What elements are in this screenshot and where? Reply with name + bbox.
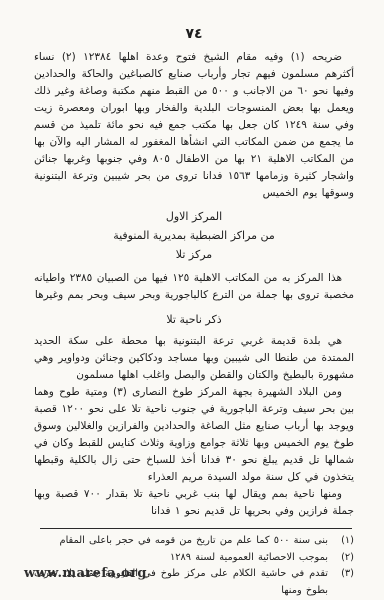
- paragraph-bamam-village: ومنها ناحية بمم ويقال لها بنب غربي ناحية…: [34, 486, 354, 520]
- paragraph-famous-villages: ومن البلاد الشهيرة بجهة المركز طوخ النصا…: [34, 384, 354, 486]
- subheading-nahiyat-tala: ذكر ناحية تلا: [34, 313, 354, 326]
- footnote-1-marker: (١): [328, 533, 354, 550]
- footnote-2-marker: (٢): [328, 550, 354, 567]
- paragraph-tala-description: هي بلدة قديمة غربي ترعة البتنونية بها مح…: [34, 333, 354, 384]
- footnote-2-text: بموجب الاحصائية العمومية لسنة ١٢٨٩: [34, 550, 328, 567]
- paragraph-town-description: ضريحه (١) وفيه مقام الشيخ فتوح وعدة اهله…: [34, 49, 354, 202]
- footnote-1: (١) بنى سنة ٥٠٠ كما علم من تاريخ من قومه…: [34, 533, 354, 550]
- paragraph-markaz-statistics: هذا المركز به من المكاتب الاهلية ١٢٥ فيه…: [34, 270, 354, 304]
- footnote-3-marker: (٣): [328, 566, 354, 583]
- page-number: ٧٤: [34, 26, 354, 42]
- watermark-url: www.marefa.org: [24, 566, 147, 581]
- heading-directorate: من مراكز الضبطية بمديرية المنوفية: [34, 226, 354, 245]
- footnote-2: (٢) بموجب الاحصائية العمومية لسنة ١٢٨٩: [34, 550, 354, 567]
- footnote-1-text: بنى سنة ٥٠٠ كما علم من تاريخ من قومه في …: [34, 533, 328, 550]
- scanned-book-page: ٧٤ ضريحه (١) وفيه مقام الشيخ فتوح وعدة ا…: [0, 0, 384, 600]
- footnote-divider: [40, 528, 352, 529]
- section-heading-block: المركز الاول من مراكز الضبطية بمديرية ال…: [34, 207, 354, 264]
- heading-first-markaz: المركز الاول: [34, 207, 354, 226]
- heading-markaz-tala: مركز تلا: [34, 245, 354, 264]
